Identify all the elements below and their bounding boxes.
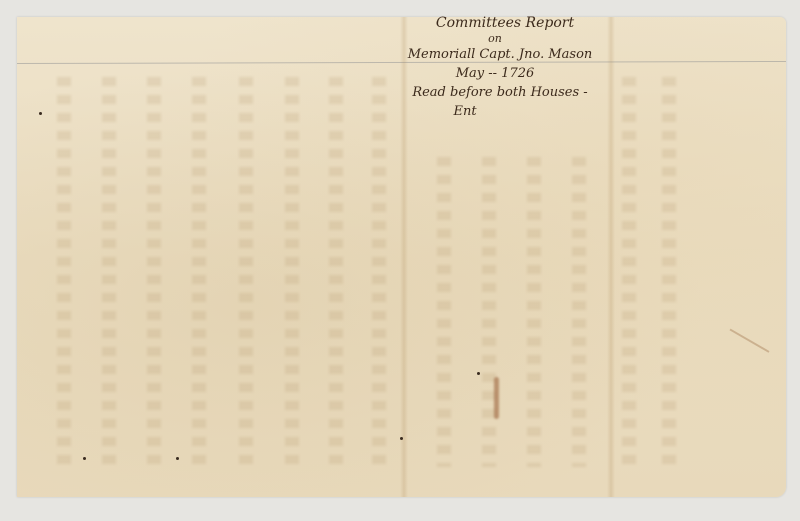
faint-sketch-mark	[710, 329, 770, 388]
docket-annotation: Committees Report on Memoriall Capt. Jno…	[400, 14, 600, 121]
bleed-through-text	[622, 77, 636, 467]
ink-speck	[477, 372, 480, 375]
right-fold	[607, 17, 615, 497]
bleed-through-text	[662, 77, 676, 467]
bleed-through-text	[482, 157, 496, 467]
docket-note: Read before both Houses -	[400, 83, 600, 102]
bleed-through-text	[239, 77, 253, 467]
ink-speck	[39, 112, 42, 115]
bleed-through-text	[527, 157, 541, 467]
bleed-through-text	[372, 77, 386, 467]
docket-date: May -- 1726	[390, 64, 600, 83]
docket-subject: Memoriall Capt. Jno. Mason	[400, 45, 600, 64]
ink-stain	[494, 377, 499, 419]
docket-title: Committees Report	[410, 14, 600, 33]
bleed-through-text	[192, 77, 206, 467]
docket-line: on	[390, 33, 600, 45]
bleed-through-text	[102, 77, 116, 467]
bleed-through-text	[147, 77, 161, 467]
bleed-through-text	[437, 157, 451, 467]
bleed-through-text	[57, 77, 71, 467]
ink-speck	[176, 457, 179, 460]
ink-speck	[83, 457, 86, 460]
bleed-through-text	[572, 157, 586, 467]
docket-entered: Ent	[330, 102, 600, 121]
bleed-through-text	[329, 77, 343, 467]
ink-speck	[400, 437, 403, 440]
bleed-through-text	[285, 77, 299, 467]
